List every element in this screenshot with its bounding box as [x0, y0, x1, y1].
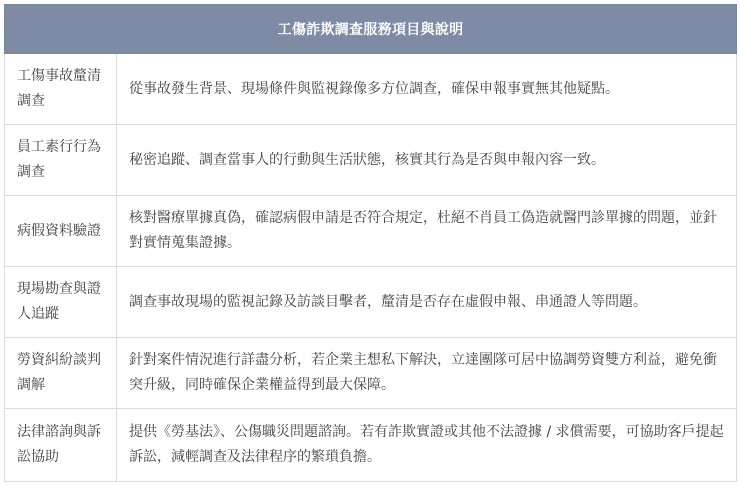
table-row: 現場勘查與證人追蹤 調查事故現場的監視記錄及訪談目擊者，釐清是否存在虛假申報、串…	[5, 267, 737, 338]
table-row: 勞資糾紛談判調解 針對案件情況進行詳盡分析，若企業主想私下解決，立達團隊可居中協…	[5, 338, 737, 409]
service-item-name: 勞資糾紛談判調解	[5, 338, 117, 409]
service-item-description: 提供《勞基法》、公傷職災問題諮詢。若有詐欺實證或其他不法證據 / 求償需要，可協…	[117, 409, 737, 482]
table-title: 工傷詐欺調查服務項目與說明	[5, 5, 737, 54]
service-item-name: 病假資料驗證	[5, 196, 117, 267]
service-item-name: 法律諮詢與訴訟協助	[5, 409, 117, 482]
service-item-name: 員工素行行為調查	[5, 125, 117, 196]
service-item-description: 秘密追蹤、調查當事人的行動與生活狀態，核實其行為是否與申報內容一致。	[117, 125, 737, 196]
service-table-container: 工傷詐欺調查服務項目與說明 工傷事故釐清調查 從事故發生背景、現場條件與監視錄像…	[4, 4, 736, 482]
service-item-description: 從事故發生背景、現場條件與監視錄像多方位調查，確保申報事實無其他疑點。	[117, 54, 737, 125]
service-item-description: 針對案件情況進行詳盡分析，若企業主想私下解決，立達團隊可居中協調勞資雙方利益，避…	[117, 338, 737, 409]
table-row: 病假資料驗證 核對醫療單據真偽，確認病假申請是否符合規定，杜絕不肖員工偽造就醫門…	[5, 196, 737, 267]
service-table: 工傷詐欺調查服務項目與說明 工傷事故釐清調查 從事故發生背景、現場條件與監視錄像…	[4, 4, 737, 482]
service-item-name: 工傷事故釐清調查	[5, 54, 117, 125]
service-item-name: 現場勘查與證人追蹤	[5, 267, 117, 338]
service-item-description: 調查事故現場的監視記錄及訪談目擊者，釐清是否存在虛假申報、串通證人等問題。	[117, 267, 737, 338]
table-row: 工傷事故釐清調查 從事故發生背景、現場條件與監視錄像多方位調查，確保申報事實無其…	[5, 54, 737, 125]
service-item-description: 核對醫療單據真偽，確認病假申請是否符合規定，杜絕不肖員工偽造就醫門診單據的問題，…	[117, 196, 737, 267]
table-row: 員工素行行為調查 秘密追蹤、調查當事人的行動與生活狀態，核實其行為是否與申報內容…	[5, 125, 737, 196]
table-row: 法律諮詢與訴訟協助 提供《勞基法》、公傷職災問題諮詢。若有詐欺實證或其他不法證據…	[5, 409, 737, 482]
